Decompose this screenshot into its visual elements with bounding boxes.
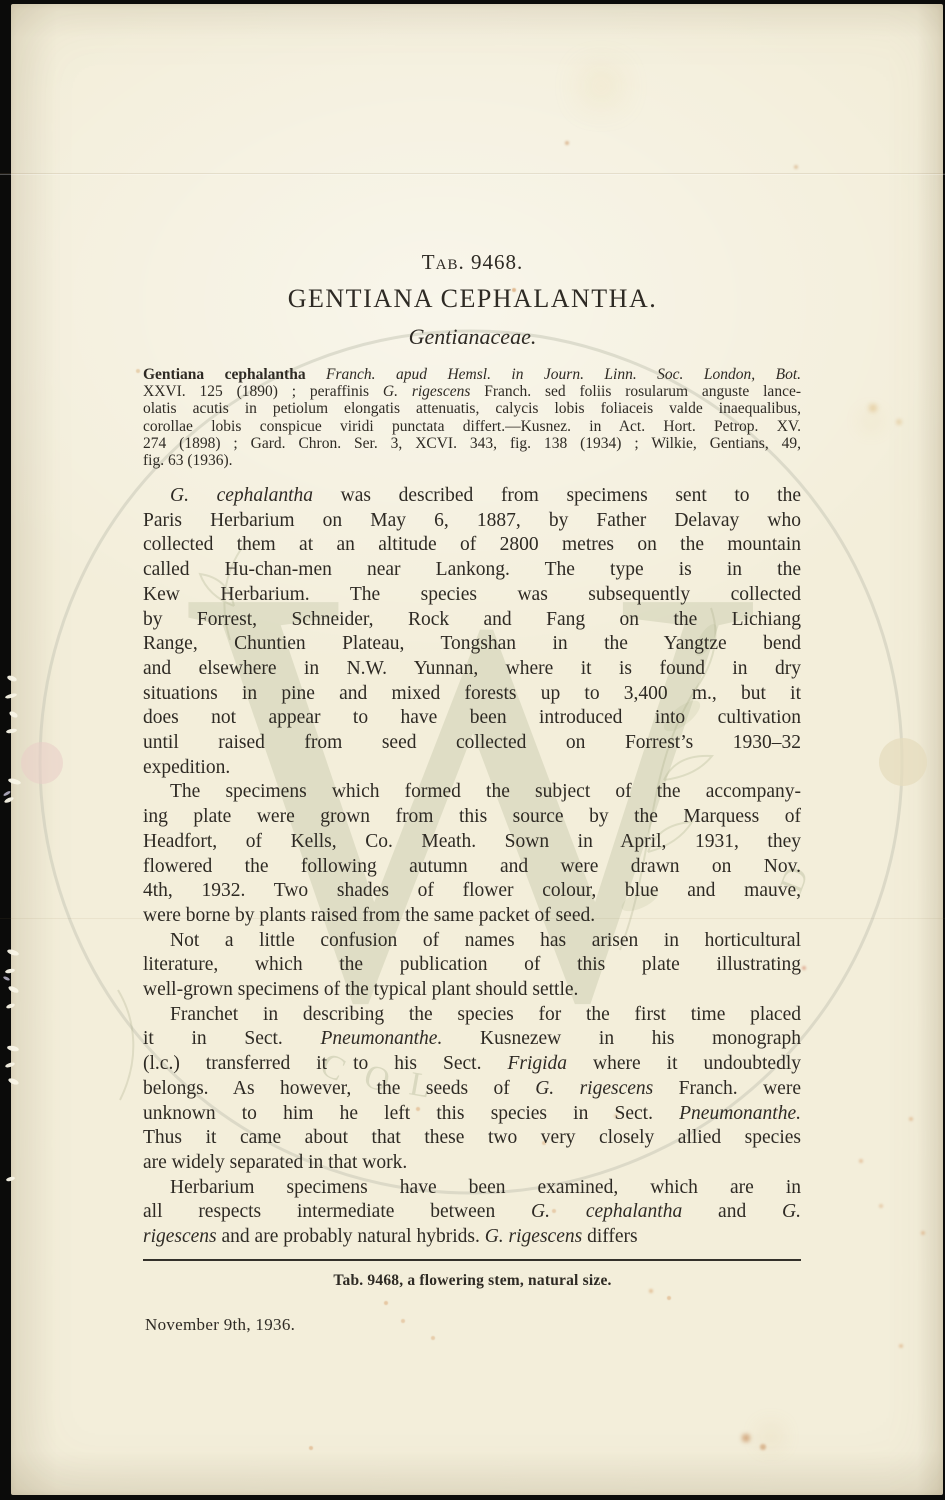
paper-crease-middle — [0, 918, 945, 919]
scanned-page: W C O L D — [0, 0, 945, 1500]
paper-texture-layer — [0, 0, 945, 1500]
caption-rule — [143, 1259, 801, 1261]
publication-date: November 9th, 1936. — [145, 1315, 295, 1335]
body-paragraph-4: Franchet in describing the species for t… — [143, 1003, 801, 1176]
torn-edge-fiber — [7, 1045, 20, 1052]
watermark-left-dot — [21, 742, 63, 784]
paper-crease-top — [0, 173, 945, 174]
torn-edge-fiber — [5, 1062, 16, 1069]
watermark-right-dot — [879, 738, 927, 786]
torn-edge-fiber — [3, 976, 11, 982]
torn-edge-fiber — [6, 674, 17, 682]
svg-text:L: L — [407, 1065, 434, 1105]
watermark-circle — [40, 331, 902, 1193]
body-paragraph-5: Herbarium specimens have been examined, … — [143, 1176, 801, 1250]
torn-edge-fiber — [7, 985, 19, 994]
torn-edge-fiber — [8, 710, 18, 719]
article-body: G. cephalantha was described from specim… — [143, 484, 801, 1250]
watermark-branches — [118, 540, 715, 1100]
torn-edge-fiber — [6, 1176, 16, 1182]
torn-edge-fiber — [6, 728, 18, 734]
foxing-spots — [0, 0, 2, 2]
page-title: GENTIANA CEPHALANTHA. — [0, 284, 945, 314]
svg-text:C: C — [314, 1046, 351, 1089]
page-content: Tab. 9468. GENTIANA CEPHALANTHA. Gentian… — [0, 0, 945, 1500]
library-watermark: W C O L D — [0, 0, 945, 1500]
body-paragraph-3: Not a little confusion of names has aris… — [143, 929, 801, 1003]
plate-number: Tab. 9468. — [0, 250, 945, 275]
torn-edge-fiber — [7, 948, 20, 956]
svg-text:O: O — [360, 1057, 395, 1100]
family-name: Gentianaceae. — [0, 324, 945, 350]
watermark-arc-letters: C O L D — [314, 862, 816, 1106]
body-paragraph-1: G. cephalantha was described from specim… — [143, 484, 801, 780]
body-paragraph-2: The specimens which formed the subject o… — [143, 780, 801, 928]
torn-edge-fiber — [4, 796, 15, 804]
watermark-w-letter: W — [188, 460, 760, 1125]
torn-edge-fiber — [7, 1077, 19, 1086]
watermark-leaves — [618, 621, 721, 916]
citation-block: Gentiana cephalantha Franch. apud Hemsl.… — [143, 366, 801, 469]
paper: W C O L D — [11, 4, 943, 1495]
plate-caption: Tab. 9468, a flowering stem, natural siz… — [0, 1272, 945, 1290]
torn-edge-fiber — [8, 777, 22, 785]
torn-edge-fiber — [5, 693, 18, 700]
torn-edge-fiber — [3, 790, 11, 797]
torn-edge-fiber — [6, 1003, 16, 1010]
svg-text:D: D — [773, 862, 816, 898]
torn-edge-fiber — [5, 968, 16, 974]
